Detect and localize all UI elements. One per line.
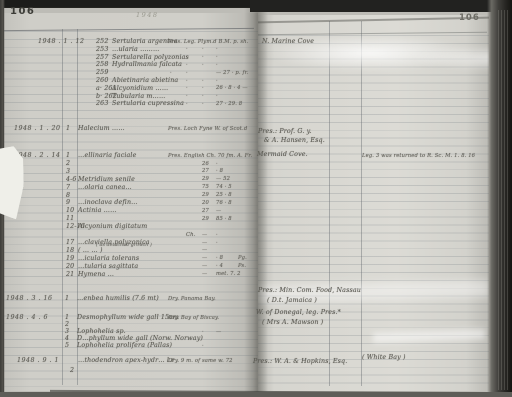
specimen-number: 260 <box>96 78 108 84</box>
specimen-name: …thodendron apex-hydr… l.r <box>78 358 174 364</box>
specimen-number: 257 <box>96 55 108 61</box>
entry-mark: · <box>216 241 218 246</box>
specimen-name: Sertularia cupressina <box>112 101 184 107</box>
entry-mark: · <box>186 79 188 84</box>
presenter-note: ( Mrs A. Mawson ) <box>262 320 323 326</box>
photo-background-bottom <box>0 392 512 397</box>
specimen-number: 1 <box>66 126 70 132</box>
entry-mark: · <box>216 47 218 52</box>
entry-mark: Ps. <box>238 264 246 269</box>
entry-mark: 27 <box>202 209 209 214</box>
entry-mark: Pg. <box>238 256 247 261</box>
entry-mark: · <box>216 162 218 167</box>
locality-note: N. Marine Cove <box>262 39 314 45</box>
entry-mark: 20 <box>202 201 209 206</box>
entry-mark: 85 · 8 <box>216 217 232 222</box>
specimen-name: Desmophyllum wide gall 15cm <box>77 315 179 321</box>
specimen-name: …enbea humilis (7.6 mt) <box>77 296 159 302</box>
specimen-number: 17 <box>66 240 74 246</box>
entry-note: Pres. Loch Fyne W. of Scot.d <box>168 127 247 132</box>
entry-mark: — <box>202 248 207 253</box>
specimen-number: 9 <box>66 200 70 206</box>
entry-mark: — <box>216 330 221 335</box>
entry-mark: · <box>186 47 188 52</box>
entry-mark: 74 · 5 <box>216 185 232 190</box>
specimen-name: Sertularella polyzonias <box>112 55 189 61</box>
entry-mark: · <box>216 55 218 60</box>
entry-mark: · <box>202 94 204 99</box>
entry-mark: — <box>202 264 207 269</box>
specimen-number: 259 <box>96 70 108 76</box>
specimen-name: Tubularia m…… <box>112 94 165 100</box>
entry-date: 1948 . 1 . 20 <box>14 126 61 132</box>
entry-mark: — <box>202 241 207 246</box>
specimen-name: …olaria canea… <box>78 185 132 191</box>
entry-mark: — 52 <box>216 177 230 182</box>
entry-note: Dry. Bay of Biscay. <box>168 316 219 321</box>
return-note: Leg. 3 was returned to R. Sc. M. 1. 8. 1… <box>362 154 475 159</box>
specimen-name: …inoclava defin… <box>78 200 138 206</box>
entry-note: Pres. Leg. Plym.d B.M. p. sh. <box>168 40 248 45</box>
locality-note: ( White Bay ) <box>362 355 406 361</box>
presenter-note: ( D.t. Jamaica ) <box>267 298 317 304</box>
entry-note: Dry. 9 m. of same w. 72 <box>168 359 233 364</box>
specimen-name: Metridium senile <box>78 177 135 183</box>
entry-mark: · 8 <box>216 169 223 174</box>
entry-mark: · <box>216 79 218 84</box>
entry-mark: 29 <box>202 217 209 222</box>
entry-mark: · <box>202 63 204 68</box>
specimen-number: 8 <box>66 193 70 199</box>
entry-note: Dry. Panama Bay. <box>168 297 216 302</box>
entry-mark: 75 <box>202 185 209 190</box>
entry-mark: · <box>186 63 188 68</box>
entry-mark: 26 <box>202 162 209 167</box>
entry-mark: · <box>202 47 204 52</box>
specimen-subnote: ( as detached growth ) <box>96 244 152 249</box>
specimen-name: …tularia sagittata <box>78 264 138 270</box>
entry-mark: · <box>202 344 204 349</box>
entry-mark: · 4 <box>216 264 223 269</box>
entry-date: 1948 . 9 . 1 <box>17 358 59 364</box>
entry-mark: Ch. <box>186 233 195 238</box>
entry-note: Pres. English Ch. 70 fm. A. Fr. <box>168 154 252 159</box>
entry-mark: — <box>202 256 207 261</box>
photo-background-top <box>250 0 512 12</box>
entry-mark: · <box>202 86 204 91</box>
entry-mark: — 27 · p. fr. <box>216 71 248 76</box>
entry-mark: 27 <box>202 169 209 174</box>
entry-mark: · <box>186 86 188 91</box>
specimen-number: 258 <box>96 62 108 68</box>
register-photo: 106 106 1948 1948 . 1 . 12252Sertularia … <box>0 0 512 397</box>
entry-mark: 27 · 29. 8 <box>216 102 242 107</box>
specimen-name: Actinia …… <box>78 208 117 214</box>
specimen-name: …ularia ……… <box>112 47 159 53</box>
presenter-note: Pres.: Min. Com. Food, Nassau <box>258 288 361 294</box>
specimen-number: 20 <box>66 264 74 270</box>
entry-date: 1948 . 1 . 12 <box>38 39 85 45</box>
entry-mark: 26 · 8 · 4 — <box>216 86 248 91</box>
specimen-name: …ellinaria faciale <box>78 153 136 159</box>
specimen-number: 263 <box>96 101 108 107</box>
specimen-number: 1 <box>66 153 70 159</box>
specimen-number: 7 <box>66 185 70 191</box>
specimen-number: 21 <box>66 272 74 278</box>
specimen-number: 19 <box>66 256 74 262</box>
specimen-name: Lophohelia prolifera (Pallas) <box>77 343 172 349</box>
specimen-name: Alcyonium digitatum <box>78 224 147 230</box>
entry-mark: · <box>186 71 188 76</box>
locality-note: Mermaid Cove. <box>257 152 308 158</box>
specimen-name: Alcyonidium …… <box>112 86 168 92</box>
specimen-number: 18 <box>66 248 74 254</box>
specimen-name: Abietinaria abietina <box>112 78 178 84</box>
specimen-name: …icularia tolerans <box>78 256 139 262</box>
entry-date: 1948 . 3 . 16 <box>6 296 53 302</box>
specimen-number: 2 <box>70 368 74 374</box>
entry-mark: · 8 <box>216 256 223 261</box>
specimen-number: 5 <box>65 343 69 349</box>
presenter-note: Pres.: Prof. G. y. <box>258 129 312 135</box>
specimen-name: Halecium …… <box>78 126 125 132</box>
entry-mark: 25 · 8 <box>216 193 232 198</box>
specimen-number: 252 <box>96 39 108 45</box>
entry-mark: · <box>186 102 188 107</box>
book-fore-edge-pages <box>498 10 508 390</box>
presenter-note: Pres.: W. A. & Hopkins, Esq. <box>253 359 347 365</box>
specimen-number: 10 <box>66 208 74 214</box>
entry-mark: · <box>202 55 204 60</box>
specimen-number: 11 <box>66 216 74 222</box>
entry-mark: — <box>216 209 221 214</box>
entry-mark: · <box>186 94 188 99</box>
entry-mark: · <box>216 233 218 238</box>
entry-mark: · <box>202 102 204 107</box>
specimen-number: 2 <box>66 161 70 167</box>
presenter-note: & A. Hansen, Esq. <box>264 138 325 144</box>
specimen-number: 4-6 <box>66 177 77 183</box>
specimen-number: 3 <box>66 169 70 175</box>
specimen-number: 253 <box>96 47 108 53</box>
entry-mark: — <box>202 233 207 238</box>
specimen-name: Hymena … <box>78 272 114 278</box>
entry-mark: · <box>216 94 218 99</box>
entry-mark: met. 7. 2 <box>216 272 241 277</box>
specimen-name: Hydrallmania falcata <box>112 62 182 68</box>
locality-note: W. of Donegal, leg. Pres.* <box>256 310 341 316</box>
entry-mark: 76 · 8 <box>216 201 232 206</box>
entry-mark: · <box>186 55 188 60</box>
entry-mark: · <box>216 63 218 68</box>
entry-mark: · <box>170 71 172 76</box>
entry-mark: 29 <box>202 193 209 198</box>
specimen-name: ( … … ) <box>78 248 103 254</box>
entry-mark: · <box>202 79 204 84</box>
entry-mark: 29 <box>202 177 209 182</box>
entry-date: 1948 . 4 . 6 <box>6 315 48 321</box>
specimen-number: 1 <box>65 296 69 302</box>
register-entries: 1948 . 1 . 12252Sertularia argenteaPres.… <box>0 0 512 397</box>
entry-mark: — <box>202 272 207 277</box>
